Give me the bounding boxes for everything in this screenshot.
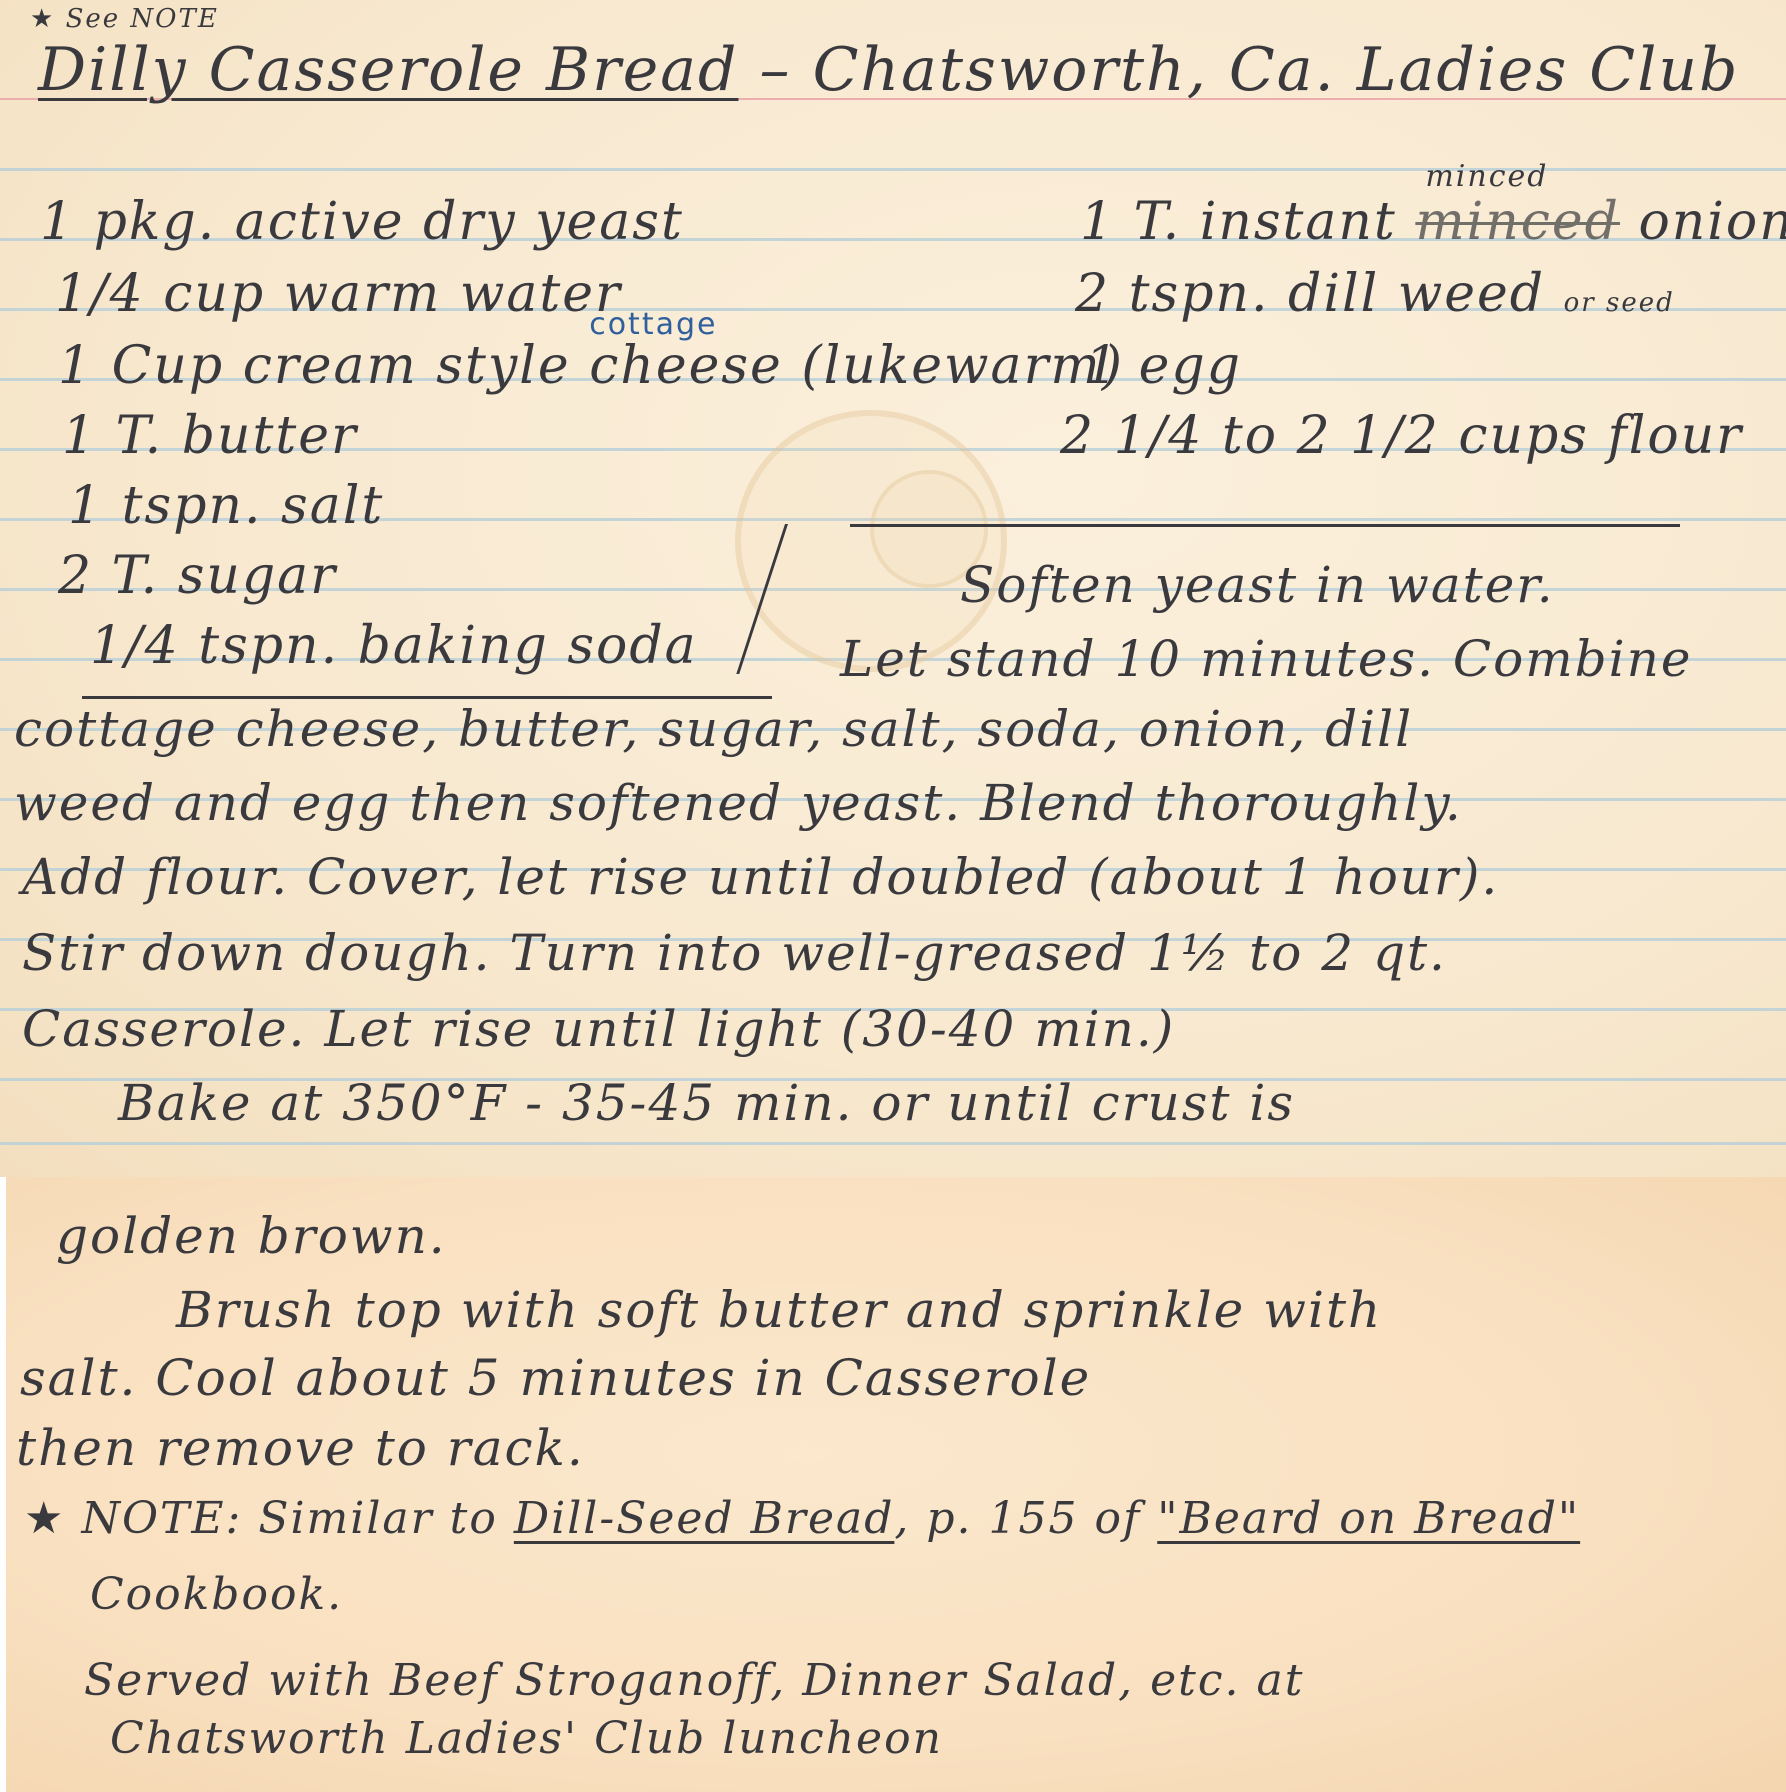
ingredient-item: 1/4 cup warm water [55,268,622,320]
title-separator: – [760,35,792,105]
directions-line: then remove to rack. [16,1423,585,1473]
ingredients-underline [82,696,772,699]
inserted-word: cottage [589,310,717,340]
directions-line: weed and egg then softened yeast. Blend … [14,778,1463,828]
star-icon: ★ [24,1493,65,1544]
ingredient-item: 2 1/4 to 2 1/2 cups flour [1060,410,1743,462]
note-line: Cookbook. [90,1573,343,1617]
ingredient-item: 2 T. sugar [58,550,337,602]
recipe-card-front: ★ See NOTE Dilly Casserole Bread – Chats… [0,0,1786,1177]
served-note: Chatsworth Ladies' Club luncheon [110,1717,943,1761]
ruled-line [0,1142,1786,1145]
directions-line: Soften yeast in water. [960,560,1555,610]
recipe-source: Chatsworth, Ca. Ladies Club [813,35,1740,105]
recipe-card-back: golden brown. Brush top with soft butter… [6,1177,1786,1792]
book-reference: "Beard on Bread" [1157,1493,1580,1544]
ingredient-item: 2 tspn. dill weed or seed [1075,268,1675,320]
directions-line: Casserole. Let rise until light (30-40 m… [22,1004,1175,1054]
directions-line: Brush top with soft butter and sprinkle … [176,1285,1382,1335]
served-note: Served with Beef Stroganoff, Dinner Sala… [84,1659,1304,1703]
inserted-word: minced [1425,162,1548,192]
recipe-title: Dilly Casserole Bread [38,35,738,105]
ingredient-item: 1 pkg. active dry yeast [40,196,684,248]
recipe-title-line: Dilly Casserole Bread – Chatsworth, Ca. … [38,40,1739,100]
ingredient-item: 1 tspn. salt [68,480,384,532]
directions-line: golden brown. [56,1211,447,1261]
directions-bracket-top [850,524,1680,527]
directions-line: cottage cheese, butter, sugar, salt, sod… [14,704,1413,754]
ingredient-item: 1 Cup cream style cottage cheese (lukewa… [58,340,1124,392]
ingredient-item: 1 egg [1085,340,1242,392]
note-line: ★ NOTE: Similar to Dill-Seed Bread, p. 1… [24,1497,1580,1541]
directions-line: Bake at 350°F - 35-45 min. or until crus… [118,1078,1295,1128]
struck-word: minced [1415,192,1620,252]
directions-line: Stir down dough. Turn into well-greased … [22,928,1447,978]
ingredient-item: 1 T. instant minced minced onion [1080,196,1786,248]
recipe-reference: Dill-Seed Bread [514,1493,895,1544]
ingredient-item: 1 T. butter [62,410,358,462]
see-note-annotation: ★ See NOTE [30,6,219,32]
ingredient-item: 1/4 tspn. baking soda [90,620,698,672]
directions-line: salt. Cool about 5 minutes in Casserole [20,1353,1091,1403]
star-icon: ★ [30,4,55,34]
directions-line: Add flour. Cover, let rise until doubled… [22,852,1499,902]
note-label: NOTE: [81,1493,242,1544]
directions-line: Let stand 10 minutes. Combine [840,634,1692,684]
